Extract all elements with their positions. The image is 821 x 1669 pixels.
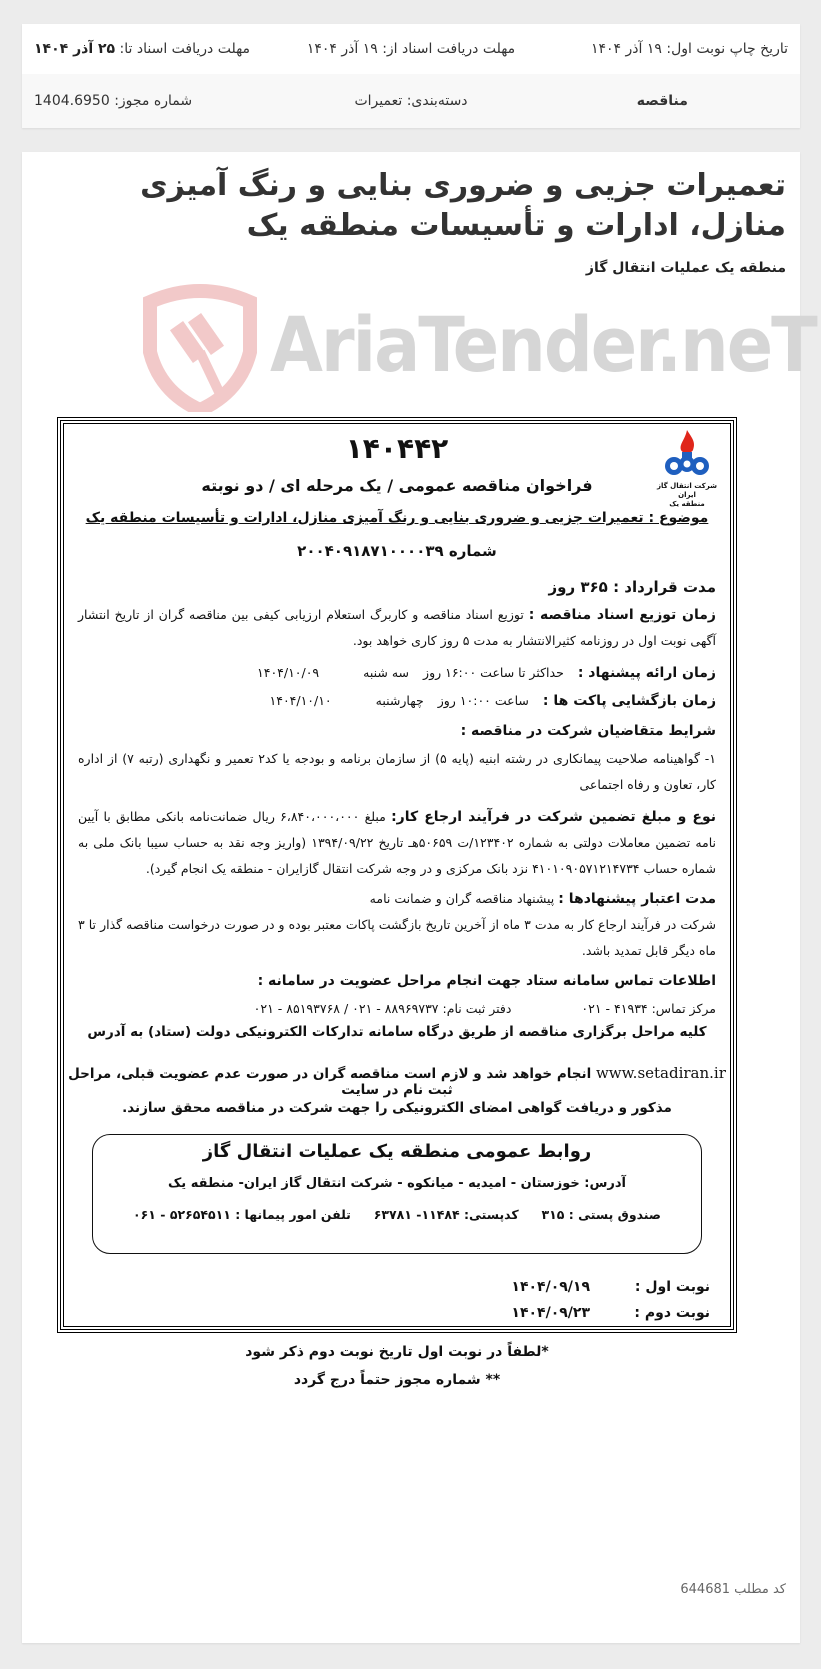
permit-label: شماره مجوز: (114, 93, 192, 109)
dates-row: تاریخ چاپ نوبت اول: ۱۹ آذر ۱۴۰۴ مهلت دری… (22, 24, 800, 74)
round-2-label: نوبت دوم : (630, 1300, 710, 1326)
submission-date: ۱۴۰۴/۱۰/۰۹ (257, 660, 319, 686)
contract-duration-value: ۳۶۵ روز (549, 578, 608, 596)
pr-title: روابط عمومی منطقه یک عملیات انتقال گاز (93, 1141, 701, 1162)
doc-from-value: ۱۹ آذر ۱۴۰۴ (307, 41, 378, 57)
opening-label: زمان بازگشایی پاکت ها : (543, 688, 716, 714)
ad-subject-text: موضوع : تعمیرات جزیی و ضروری بنایی و رنگ… (86, 510, 709, 526)
pr-phone: تلفن امور پیمانها : ۵۲۶۵۴۵۱۱ - ۰۶۱ (133, 1207, 351, 1222)
tender-detail-card: تعمیرات جزیی و ضروری بنایی و رنگ آمیزی م… (22, 152, 800, 1643)
permit-value: 1404.6950 (34, 93, 110, 109)
doc-to-value: ۲۵ آذر ۱۴۰۴ (34, 41, 115, 57)
setad-contacts: مرکز تماس: ۴۱۹۳۴ - ۰۲۱ دفتر ثبت نام: ۸۸۹… (78, 996, 716, 1022)
notice-image: شرکت انتقال گاز ایران منطقه یک ۱۴۰۴۴۲ فر… (60, 420, 734, 1330)
round-1-date: ۱۴۰۴/۰۹/۱۹ (511, 1274, 590, 1300)
round-1: نوبت اول : ۱۴۰۴/۰۹/۱۹ (511, 1274, 710, 1300)
distribution-label: زمان توزیع اسناد مناقصه : (529, 607, 716, 623)
round-1-label: نوبت اول : (630, 1274, 710, 1300)
doc-from-date: مهلت دریافت اسناد از: ۱۹ آذر ۱۴۰۴ (285, 41, 536, 57)
validity-detail: شرکت در فرآیند ارجاع کار به مدت ۳ ماه از… (78, 912, 716, 964)
pr-contacts: صندوق پستی : ۳۱۵ کدپستی: ۱۱۴۸۴- ۶۳۷۸۱ تل… (93, 1207, 701, 1222)
tender-type: مناقصه (537, 93, 788, 109)
organization-name[interactable]: منطقه یک عملیات انتقال گاز (586, 260, 786, 276)
gavel-shield-icon (140, 282, 260, 412)
opening-date: ۱۴۰۴/۱۰/۱۰ (270, 688, 332, 714)
setad-line-3: مذکور و دریافت گواهی امضای الکترونیکی را… (64, 1100, 730, 1116)
setad-line-2-text: انجام خواهد شد و لازم است مناقصه گران در… (68, 1066, 591, 1098)
setad-label: اطلاعات تماس سامانه ستاد جهت انجام مراحل… (258, 973, 716, 989)
watermark: AriaTender.neT (140, 282, 710, 412)
category[interactable]: دسته‌بندی: تعمیرات (285, 93, 536, 109)
category-value[interactable]: تعمیرات (354, 93, 402, 109)
category-label: دسته‌بندی: (407, 93, 468, 109)
tender-info-card: تاریخ چاپ نوبت اول: ۱۹ آذر ۱۴۰۴ مهلت دری… (22, 24, 800, 128)
reference-code: کد مطلب 644681 (680, 1582, 786, 1597)
setad-line-2: www.setadiran.ir انجام خواهد شد و لازم ا… (64, 1064, 730, 1098)
validity-label: مدت اعتبار پیشنهادها : (558, 891, 716, 907)
permit-number: شماره مجوز: 1404.6950 (34, 93, 285, 109)
watermark-text: AriaTender.neT (270, 300, 816, 389)
footnote-2: ** شماره مجوز حتماً درج گردد (60, 1366, 734, 1394)
setad-url-link[interactable]: www.setadiran.ir (596, 1064, 726, 1082)
guarantee: نوع و مبلغ تضمین شرکت در فرآیند ارجاع کا… (78, 804, 716, 882)
reference-code-label: کد مطلب (734, 1582, 786, 1597)
validity-text: پیشنهاد مناقصه گران و ضمانت نامه (370, 891, 555, 906)
doc-to-label: مهلت دریافت اسناد تا: (120, 41, 251, 57)
ad-number: ۱۴۰۴۴۲ (64, 432, 730, 465)
tender-number: شماره ۲۰۰۴۰۹۱۸۷۱۰۰۰۰۳۹ (64, 542, 730, 560)
setad-contact-heading: اطلاعات تماس سامانه ستاد جهت انجام مراحل… (78, 968, 716, 994)
call-center: مرکز تماس: ۴۱۹۳۴ - ۰۲۱ (581, 996, 716, 1022)
ad-heading: فراخوان مناقصه عمومی / یک مرحله ای / دو … (64, 476, 730, 495)
contract-duration: مدت قرارداد : ۳۶۵ روز (78, 574, 716, 600)
doc-from-label: مهلت دریافت اسناد از: (382, 41, 515, 57)
submission-text: حداکثر تا ساعت ۱۶:۰۰ روز (423, 660, 564, 686)
meta-row: مناقصه دسته‌بندی: تعمیرات شماره مجوز: 14… (22, 74, 800, 128)
guarantee-label: نوع و مبلغ تضمین شرکت در فرآیند ارجاع کا… (391, 809, 716, 825)
page-title: تعمیرات جزیی و ضروری بنایی و رنگ آمیزی م… (46, 166, 786, 246)
print-date-value: ۱۹ آذر ۱۴۰۴ (591, 41, 662, 57)
round-2: نوبت دوم : ۱۴۰۴/۰۹/۲۳ (511, 1300, 710, 1326)
distribution-time: زمان توزیع اسناد مناقصه : توزیع اسناد من… (78, 602, 716, 654)
condition-1: ۱- گواهینامه صلاحیت پیمانکاری در رشته اب… (78, 746, 716, 798)
print-date: تاریخ چاپ نوبت اول: ۱۹ آذر ۱۴۰۴ (537, 41, 788, 57)
pr-postal-code: کدپستی: ۱۱۴۸۴- ۶۳۷۸۱ (374, 1207, 519, 1222)
conditions-heading: شرایط متقاضیان شرکت در مناقصه : (78, 718, 716, 744)
round-2-date: ۱۴۰۴/۰۹/۲۳ (511, 1300, 590, 1326)
submission-time: زمان ارائه پیشنهاد : حداکثر تا ساعت ۱۶:۰… (78, 660, 716, 686)
opening-day: چهارشنبه (376, 688, 424, 714)
opening-time: زمان بازگشایی پاکت ها : ساعت ۱۰:۰۰ روز چ… (78, 688, 716, 714)
submission-day: سه شنبه (363, 660, 409, 686)
logo-caption-2: منطقه یک (648, 500, 726, 509)
ad-subject: موضوع : تعمیرات جزیی و ضروری بنایی و رنگ… (64, 510, 730, 526)
notice-footnotes: *لطفاً در نوبت اول تاریخ نوبت دوم ذکر شو… (60, 1338, 734, 1394)
footnote-1: *لطفاً در نوبت اول تاریخ نوبت دوم ذکر شو… (60, 1338, 734, 1366)
contract-duration-label: مدت قرارداد : (613, 578, 716, 596)
submission-label: زمان ارائه پیشنهاد : (578, 660, 716, 686)
print-date-label: تاریخ چاپ نوبت اول: (666, 41, 788, 57)
pr-pobox: صندوق پستی : ۳۱۵ (542, 1207, 661, 1222)
validity: مدت اعتبار پیشنهادها : پیشنهاد مناقصه گر… (78, 886, 716, 912)
publication-rounds: نوبت اول : ۱۴۰۴/۰۹/۱۹ نوبت دوم : ۱۴۰۴/۰۹… (511, 1274, 710, 1326)
reference-code-value: 644681 (680, 1582, 730, 1597)
pr-address: آدرس: خوزستان - امیدیه - میانکوه - شرکت … (93, 1176, 701, 1191)
opening-text: ساعت ۱۰:۰۰ روز (438, 688, 529, 714)
doc-to-date: مهلت دریافت اسناد تا: ۲۵ آذر ۱۴۰۴ (34, 41, 285, 57)
setad-line-1: کلیه مراحل برگزاری مناقصه از طریق درگاه … (64, 1024, 730, 1040)
public-relations-box: روابط عمومی منطقه یک عملیات انتقال گاز آ… (92, 1134, 702, 1254)
conditions-label: شرایط متقاضیان شرکت در مناقصه : (461, 723, 716, 739)
registration-office: دفتر ثبت نام: ۸۸۹۶۹۷۳۷ - ۰۲۱ / ۸۵۱۹۳۷۶۸ … (254, 996, 512, 1022)
